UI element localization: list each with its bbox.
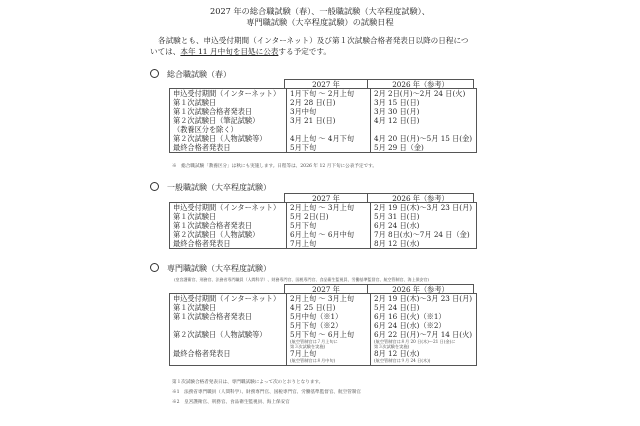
row-label: （教養区分を除く）: [173, 125, 286, 134]
footnote-1: ※1 法務省専門職員（人間科学）、財務専門官、国税専門官、労働基準監督官、航空管…: [172, 390, 361, 396]
circle-bullet-icon: [150, 263, 159, 272]
cell-2027: 3月中旬: [290, 107, 370, 116]
circle-bullet-icon: [150, 69, 159, 78]
row-label: 申込受付期間（インターネット）: [173, 89, 286, 98]
cell-2027: [290, 125, 370, 134]
intro-suffix: する予定です。: [278, 47, 331, 56]
row-label: 第１次試験合格者発表日: [173, 312, 286, 321]
cell-2026: 3月 30 日(月): [374, 107, 476, 116]
section-heading-sogoshoku: 総合職試験（春）: [150, 69, 231, 80]
cell-2027: 5月下旬: [290, 221, 370, 230]
cell-2027: 6月上旬 ～ 6月中旬: [290, 230, 370, 239]
cell-2026: 2月 2日(月)～2月 24 日(火): [374, 89, 476, 98]
cell-2026: [374, 125, 476, 134]
row-label: 第２次試験日（人物試験等）: [173, 330, 286, 339]
row-label: 第２次試験日（人物試験等）: [173, 134, 286, 143]
cell-2026: 3月 15 日(日): [374, 98, 476, 107]
cell-note: (航空管制官は８月中旬): [290, 358, 370, 363]
section-heading-senmonshoku: 専門職試験（大卒程度試験）: [150, 263, 271, 274]
cell-2027: 5月下旬 ～ 6月上旬: [290, 330, 370, 339]
schedule-table-senmonshoku: 申込受付期間（インターネット） 第１次試験日 第１次試験合格者発表日 第２次試験…: [169, 293, 477, 366]
row-label: 最終合格者発表日: [173, 349, 286, 358]
cell-2026: 2月 19 日(木)～3月 23 日(月): [374, 203, 476, 212]
cell-2026: 7月 8日(水)～7月 24 日（金): [374, 230, 476, 239]
cell-2026: 6月 24 日(水): [374, 221, 476, 230]
section-heading-ippanshoku: 一般職試験（大卒程度試験）: [150, 182, 271, 193]
cell-2027: 5月下旬（※2）: [290, 321, 370, 330]
cell-2027: 1月下旬 ～ 2月上旬: [290, 89, 370, 98]
row-label: 第２次試験日（筆記試験）: [173, 116, 286, 125]
row-label: 第１次試験日: [173, 98, 286, 107]
row-label: 第２次試験日（人物試験）: [173, 230, 286, 239]
schedule-table-ippanshoku: 申込受付期間（インターネット） 第１次試験日 第１次試験合格者発表日 第２次試験…: [169, 202, 477, 249]
section-heading-text: 専門職試験（大卒程度試験）: [167, 264, 271, 273]
intro-prefix: いては、: [150, 47, 180, 56]
cell-2027: 4月 25 日(日): [290, 303, 370, 312]
cell-2027: 3月 21 日(日): [290, 116, 370, 125]
schedule-table-sogoshoku: 申込受付期間（インターネット） 第１次試験日 第１次試験合格者発表日 第２次試験…: [169, 88, 477, 153]
footnote-2: ※2 皇宮護衛官、刑務官、食品衛生監視員、海上保安官: [172, 400, 290, 406]
row-label: 第１次試験合格者発表日: [173, 107, 286, 116]
cell-2026: 6月 22 日(月)～7月 14 日(火): [374, 330, 476, 339]
cell-2027: 2月 28 日(日): [290, 98, 370, 107]
section-heading-text: 総合職試験（春）: [167, 70, 231, 79]
cell-2026: 6月 16 日(火)（※1）: [374, 312, 476, 321]
document-title-line2: 専門職試験（大卒程度試験）の試験日程: [0, 17, 640, 28]
section-subheading-senmonshoku: (皇宮護衛官、刑務官、法務省専門職員（人間科学）、財務専門官、国税専門官、食品衛…: [174, 277, 429, 282]
row-label: 第１次試験日: [173, 212, 286, 221]
cell-2026: 4月 20 日(月)～5月 15 日(金): [374, 134, 476, 143]
circle-bullet-icon: [150, 182, 159, 191]
cell-2027: 5月中旬（※1）: [290, 312, 370, 321]
row-label: 最終合格者発表日: [173, 143, 286, 152]
table-note-sogoshoku: ※ 総合職試験「教養区分」は秋にも実施します。日程等は、2026 年 12 月下…: [172, 164, 377, 170]
cell-2027: 2月上旬 ～ 3月上旬: [290, 203, 370, 212]
cell-2026: 4月 12 日(日): [374, 116, 476, 125]
cell-2026: 8月 12 日(水): [374, 349, 476, 358]
cell-2027: 4月上旬 ～ 4月下旬: [290, 134, 370, 143]
footnote-intro: 第１次試験合格者発表日は、専門職試験によって次のとおりとなります。: [172, 380, 323, 386]
cell-2027: 5月下旬: [290, 143, 370, 152]
row-label: 最終合格者発表日: [173, 239, 286, 248]
section-heading-text: 一般職試験（大卒程度試験）: [167, 183, 271, 192]
cell-2027: 7月上旬: [290, 349, 370, 358]
cell-2026: 8月 12 日(水): [374, 239, 476, 248]
row-label: 第１次試験合格者発表日: [173, 221, 286, 230]
intro-paragraph-line2: いては、本年 11 月中旬を目処に公表する予定です。: [150, 46, 490, 57]
row-label: 第１次試験日: [173, 303, 286, 312]
row-label: 申込受付期間（インターネット）: [173, 294, 286, 303]
cell-2026: 6月 24 日(水)（※2）: [374, 321, 476, 330]
row-label: [173, 321, 286, 330]
intro-paragraph-line1: 各試験とも、申込受付期間（インターネット）及び第１次試験合格者発表日以降の日程に…: [150, 35, 490, 46]
cell-2027: 2月上旬 ～ 3月上旬: [290, 294, 370, 303]
cell-2027: 7月上旬: [290, 239, 370, 248]
cell-2026: 2月 19 日(木)～3月 23 日(月): [374, 294, 476, 303]
cell-note: (航空管制官は９月 24 日(木)): [374, 358, 476, 363]
cell-2026: 5月 24 日(日): [374, 303, 476, 312]
document-title-line1: 2027 年の総合職試験（春）、一般職試験（大卒程度試験）、: [0, 6, 640, 17]
cell-2026: 5月 31 日(日): [374, 212, 476, 221]
row-label: 申込受付期間（インターネット）: [173, 203, 286, 212]
cell-2027: 5月 2日(日): [290, 212, 370, 221]
cell-2026: 5月 29 日（金): [374, 143, 476, 152]
intro-underlined: 本年 11 月中旬を目処に公表: [180, 47, 278, 56]
